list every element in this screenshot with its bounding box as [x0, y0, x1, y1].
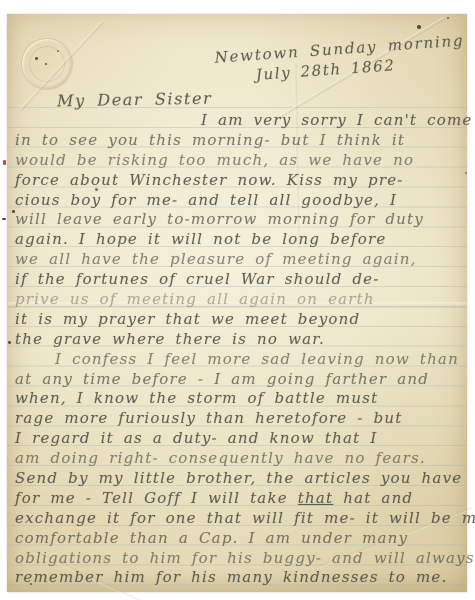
letter-line: I am very sorry I can't come: [15, 111, 465, 131]
letter-line: we all have the pleasure of meeting agai…: [15, 250, 465, 270]
letter-line: for me - Tell Goff I will take that hat …: [15, 489, 465, 509]
letter-line: comfortable than a Cap. I am under many: [15, 529, 465, 549]
letter-line: remember him for his many kindnesses to …: [15, 568, 465, 588]
letter-line: rage more furiously than heretofore - bu…: [15, 409, 465, 429]
salutation: My Dear Sister: [57, 89, 213, 111]
scan-mark: [2, 218, 6, 220]
letter-line: it is my prayer that we meet beyond: [15, 310, 465, 330]
dateline: Newtown Sunday morning July 28th 1862: [214, 31, 466, 86]
stain-speck: [8, 341, 11, 344]
scanned-letter: Newtown Sunday morning July 28th 1862 My…: [0, 0, 475, 600]
letter-line: cious boy for me- and tell all goodbye, …: [15, 191, 465, 211]
letter-line: force about Winchester now. Kiss my pre-: [15, 171, 465, 191]
letter-line: if the fortunes of cruel War should de-: [15, 270, 465, 290]
letter-body: I am very sorry I can't comein to see yo…: [15, 111, 465, 588]
letter-paper: Newtown Sunday morning July 28th 1862 My…: [7, 14, 467, 592]
letter-line: will leave early to-morrow morning for d…: [15, 210, 465, 230]
letter-line: would be risking too much, as we have no: [15, 151, 465, 171]
letter-line: am doing right- consequently have no fea…: [15, 449, 465, 469]
stain-speck: [417, 25, 421, 29]
letter-line: prive us of meeting all again on earth: [15, 290, 465, 310]
letter-line: obligations to him for his buggy- and wi…: [15, 549, 465, 569]
letter-line: Send by my little brother, the articles …: [15, 469, 465, 489]
letter-line: when, I know the storm of battle must: [15, 389, 465, 409]
embossed-seal-inner-ring: [29, 46, 65, 82]
letter-line: I confess I feel more sad leaving now th…: [15, 350, 465, 370]
letter-line: in to see you this morning- but I think …: [15, 131, 465, 151]
letter-line: the grave where there is no war.: [15, 330, 465, 350]
letter-line: at any time before - I am going farther …: [15, 370, 465, 390]
stain-speck: [447, 17, 449, 19]
underlined-word: that: [298, 489, 333, 507]
letter-line: exchange it for one that will fit me- it…: [15, 509, 465, 529]
scan-mark: [3, 160, 6, 165]
letter-line: again. I hope it will not be long before: [15, 230, 465, 250]
embossed-seal: [21, 38, 73, 90]
stain-speck: [465, 172, 467, 174]
letter-line: I regard it as a duty- and know that I: [15, 429, 465, 449]
